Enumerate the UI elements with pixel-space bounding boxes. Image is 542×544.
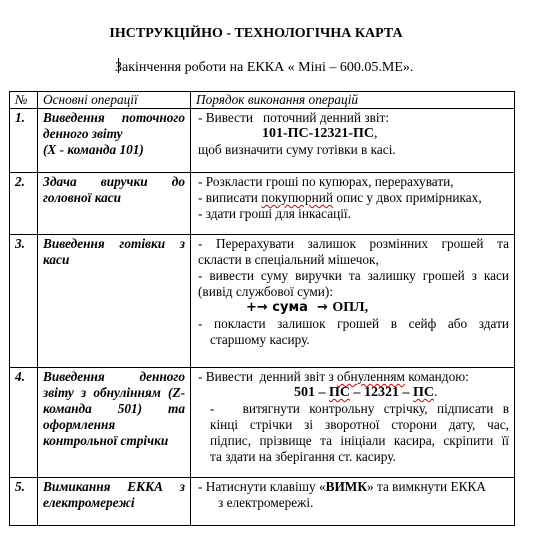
operation-cell: Вимикання ЕККА з електромережі — [38, 478, 191, 526]
procedure-cell: - Перерахувати залишок розмінних грошей … — [191, 235, 515, 368]
command-code: 101-ПС-12321-ПС — [262, 126, 374, 141]
table-header-row: № Основні операції Порядок виконання опе… — [10, 92, 515, 109]
table-row: 1. Виведення поточного денного звіту (Х … — [10, 109, 515, 173]
row-number: 5. — [10, 478, 38, 526]
spellcheck-flagged-word: обнуленням — [337, 369, 405, 384]
procedure-cell: - Вивести денний звіт з обнуленням коман… — [191, 368, 515, 478]
procedure-cell: - Вивести поточний денний звіт: 101-ПС-1… — [191, 109, 515, 173]
document-subtitle: Закінчення роботи на ЕККА « Міні – 600.0… — [116, 58, 413, 76]
table-row: 5. Вимикання ЕККА з електромережі - Нати… — [10, 478, 515, 526]
header-operations: Основні операції — [38, 92, 191, 109]
row-number: 2. — [10, 173, 38, 235]
text-cursor — [118, 58, 119, 73]
table-row: 4. Виведення денного звіту з обнулінням … — [10, 368, 515, 478]
table-row: 3. Виведення готівки з каси - Перерахува… — [10, 235, 515, 368]
header-number: № — [10, 92, 38, 109]
procedure-cell: - Розкласти гроші по купюрах, перерахува… — [191, 173, 515, 235]
table-row: 2. Здача виручки до головної каси - Розк… — [10, 173, 515, 235]
row-number: 3. — [10, 235, 38, 368]
instruction-table: № Основні операції Порядок виконання опе… — [9, 91, 515, 526]
operation-cell: Виведення готівки з каси — [38, 235, 191, 368]
operation-cell: Виведення денного звіту з обнулінням (Z-… — [38, 368, 191, 478]
row-number: 4. — [10, 368, 38, 478]
operation-cell: Виведення поточного денного звіту (Х - к… — [38, 109, 191, 173]
spellcheck-flagged-word: покупюрний — [261, 190, 333, 205]
row-number: 1. — [10, 109, 38, 173]
operation-cell: Здача виручки до головної каси — [38, 173, 191, 235]
document-title: ІНСТРУКЦІЙНО - ТЕХНОЛОГІЧНА КАРТА — [0, 26, 542, 42]
procedure-cell: - Натиснути клавішу «ВИМК» та вимкнути Е… — [191, 478, 515, 526]
command-code: 501 – ПС – 12321 – ПС. — [198, 385, 509, 401]
key-sequence: +→ сума → ОПЛ, — [198, 300, 509, 316]
header-procedure: Порядок виконання операцій — [191, 92, 515, 109]
